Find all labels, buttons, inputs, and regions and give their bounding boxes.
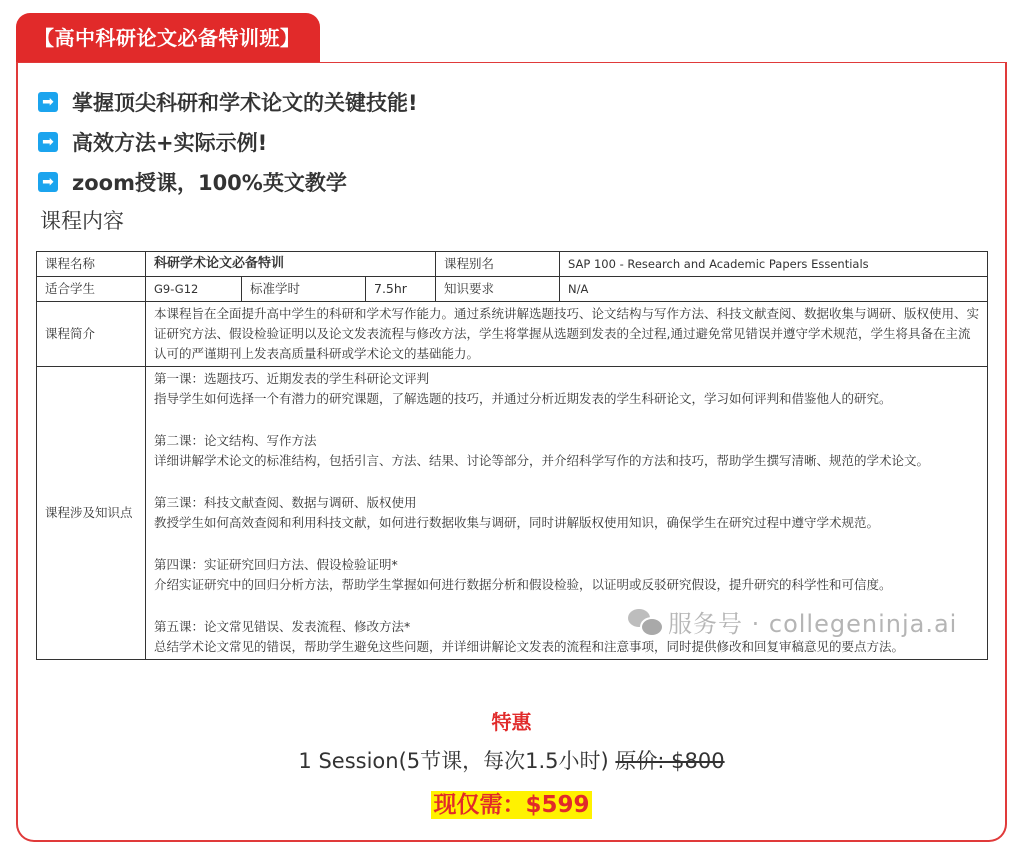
current-price: 现仅需：$599	[431, 791, 591, 819]
watermark: 服务号 · collegeninja.ai	[628, 604, 957, 639]
lesson-title: 第四课：实证研究回归方法、假设检验证明*	[154, 555, 979, 575]
promo-title: 特惠	[16, 706, 1007, 735]
course-title-tab: 【高中科研论文必备特训班】	[16, 13, 320, 63]
requirements-label: 知识要求	[436, 277, 560, 302]
section-title: 课程内容	[40, 205, 124, 235]
table-row: 课程名称 科研学术论文必备特训 课程别名 SAP 100 - Research …	[37, 252, 988, 277]
wechat-icon	[628, 609, 662, 635]
intro-value: 本课程旨在全面提升高中学生的科研和学术写作能力。通过系统讲解选题技巧、论文结构与…	[146, 302, 988, 367]
intro-label: 课程简介	[37, 302, 146, 367]
hours-label: 标准学时	[242, 277, 366, 302]
feature-bullet: ➡ 掌握顶尖科研和学术论文的关键技能!	[38, 82, 418, 122]
lesson-desc: 介绍实证研究中的回归分析方法，帮助学生掌握如何进行数据分析和假设检验，以证明或反…	[154, 575, 979, 595]
course-alias-label: 课程别名	[436, 252, 560, 277]
session-text: 1 Session(5节课，每次1.5小时)	[298, 749, 615, 773]
lesson-desc: 总结学术论文常见的错误，帮助学生避免这些问题，并详细讲解论文发表的流程和注意事项…	[154, 637, 979, 657]
course-info-table: 课程名称 科研学术论文必备特训 课程别名 SAP 100 - Research …	[36, 251, 988, 660]
promo-price-line: 现仅需：$599	[16, 786, 1007, 819]
promo-session-line: 1 Session(5节课，每次1.5小时) 原价: $800	[16, 745, 1007, 775]
lesson-title: 第一课：选题技巧、近期发表的学生科研论文评判	[154, 369, 979, 389]
arrow-right-icon: ➡	[38, 92, 58, 112]
hours-value: 7.5hr	[366, 277, 436, 302]
feature-bullets: ➡ 掌握顶尖科研和学术论文的关键技能! ➡ 高效方法+实际示例! ➡ zoom授…	[38, 82, 418, 202]
table-row: 适合学生 G9-G12 标准学时 7.5hr 知识要求 N/A	[37, 277, 988, 302]
requirements-value: N/A	[560, 277, 988, 302]
lesson-desc: 详细讲解学术论文的标准结构，包括引言、方法、结果、讨论等部分，并介绍科学写作的方…	[154, 451, 979, 471]
watermark-text: 服务号 · collegeninja.ai	[668, 604, 957, 639]
original-price: 原价: $800	[615, 749, 724, 773]
lesson-title: 第三课：科技文献查阅、数据与调研、版权使用	[154, 493, 979, 513]
lesson-desc: 指导学生如何选择一个有潜力的研究课题，了解选题的技巧，并通过分析近期发表的学生科…	[154, 389, 979, 409]
arrow-right-icon: ➡	[38, 132, 58, 152]
course-alias-value: SAP 100 - Research and Academic Papers E…	[560, 252, 988, 277]
feature-text: 掌握顶尖科研和学术论文的关键技能!	[72, 87, 418, 117]
students-label: 适合学生	[37, 277, 146, 302]
students-value: G9-G12	[146, 277, 242, 302]
feature-text: zoom授课，100%英文教学	[72, 167, 347, 197]
table-row: 课程简介 本课程旨在全面提升高中学生的科研和学术写作能力。通过系统讲解选题技巧、…	[37, 302, 988, 367]
lesson-title: 第二课：论文结构、写作方法	[154, 431, 979, 451]
feature-bullet: ➡ 高效方法+实际示例!	[38, 122, 418, 162]
course-name-value: 科研学术论文必备特训	[146, 252, 436, 277]
arrow-right-icon: ➡	[38, 172, 58, 192]
lesson-desc: 教授学生如何高效查阅和利用科技文献，如何进行数据收集与调研，同时讲解版权使用知识…	[154, 513, 979, 533]
feature-bullet: ➡ zoom授课，100%英文教学	[38, 162, 418, 202]
feature-text: 高效方法+实际示例!	[72, 127, 267, 157]
topics-label: 课程涉及知识点	[37, 367, 146, 660]
course-name-label: 课程名称	[37, 252, 146, 277]
